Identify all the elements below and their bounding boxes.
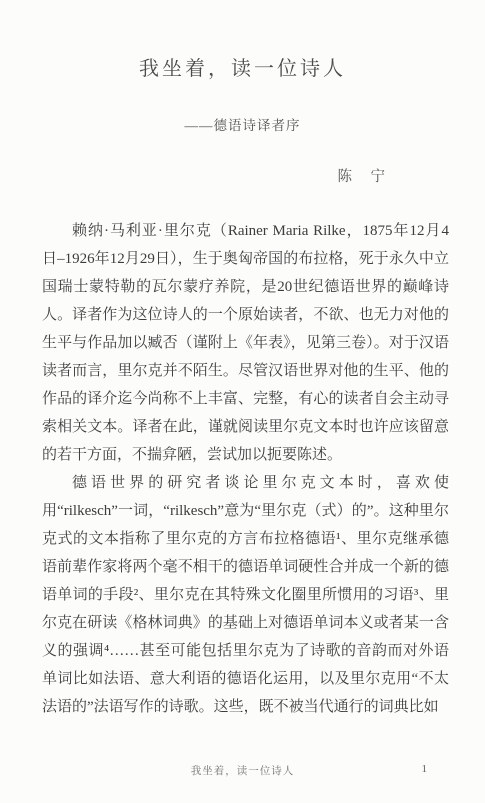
book-page: 我坐着，读一位诗人 ——德语诗译者序 陈 宁 赖纳·马利亚·里尔克（Rainer… (0, 0, 485, 803)
footer-running-title: 我坐着，读一位诗人 (0, 763, 485, 778)
paragraph: 赖纳·马利亚·里尔克（Rainer Maria Rilke，1875年12月4日… (42, 217, 449, 469)
body-text: 赖纳·马利亚·里尔克（Rainer Maria Rilke，1875年12月4日… (42, 217, 449, 721)
page-footer: 我坐着，读一位诗人 1 (0, 763, 485, 777)
subtitle: ——德语诗译者序 (0, 114, 485, 134)
page-number: 1 (422, 763, 428, 775)
paragraph: 德语世界的研究者谈论里尔克文本时，喜欢使用“rilkesch”一词，“rilke… (42, 469, 449, 721)
page-title: 我坐着，读一位诗人 (0, 52, 485, 81)
author-name: 陈 宁 (0, 165, 485, 186)
